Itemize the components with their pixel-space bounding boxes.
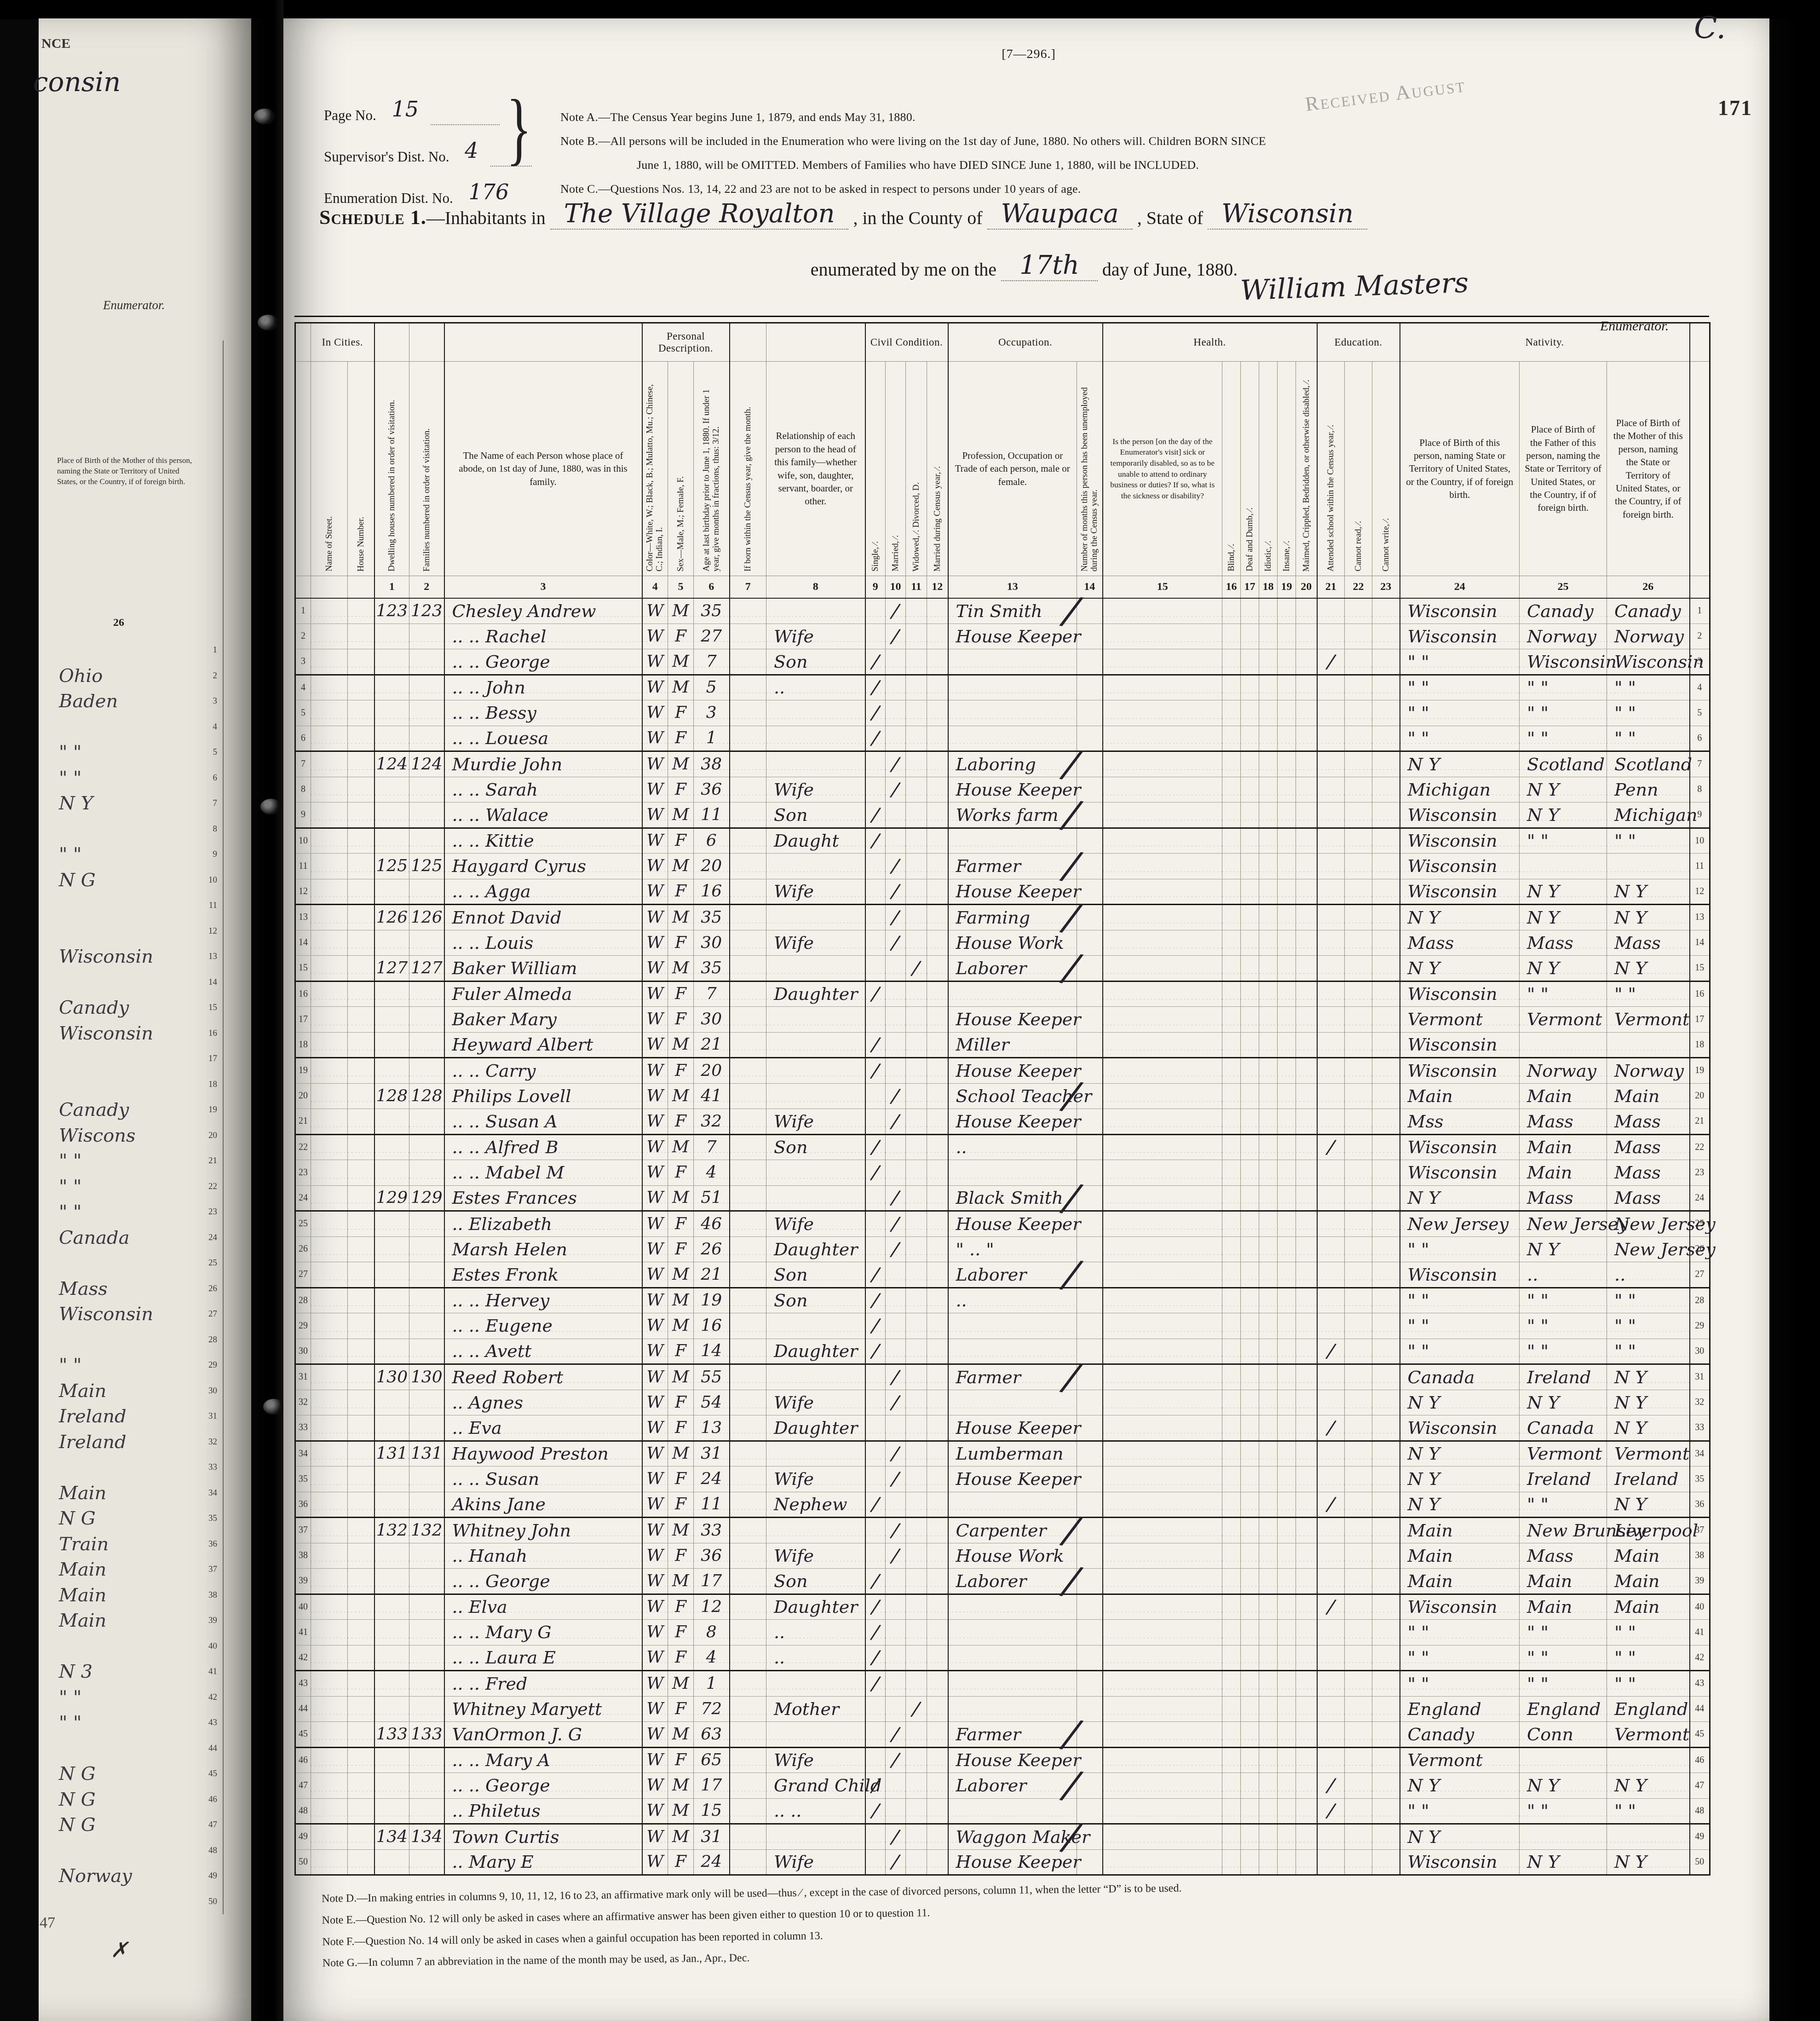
bleed-row-number: 50: [197, 1897, 217, 1907]
cell-c8: Son: [766, 1569, 865, 1594]
cell-c26: ..: [1607, 1262, 1690, 1288]
cell-c12: [927, 1083, 948, 1109]
bleed-row-number: 32: [197, 1437, 217, 1447]
cell-c8: Son: [766, 803, 865, 828]
cell-c9: [865, 1185, 886, 1211]
handwritten-entry: 27: [701, 625, 722, 648]
cell-c15: [1103, 726, 1222, 751]
cell-c24: Mss: [1400, 1109, 1520, 1135]
bleed-row-number: 21: [197, 1156, 217, 1166]
handwritten-entry: ∕: [871, 676, 880, 699]
cell-c21: ∕: [1317, 1798, 1345, 1824]
cell-c2: [409, 828, 444, 854]
handwritten-entry: F: [675, 1749, 686, 1772]
cell-c26: Vermont: [1607, 1441, 1690, 1467]
cell-c8: [766, 1671, 865, 1697]
cell-c5: M: [668, 1364, 694, 1390]
column-number: 6: [694, 576, 730, 598]
cell-c1: [374, 1849, 409, 1875]
handwritten-entry: 33: [701, 1519, 722, 1542]
cell-c26: Vermont: [1607, 1722, 1690, 1748]
cell-c26: N Y: [1607, 1492, 1690, 1518]
handwritten-entry: W: [646, 1519, 663, 1542]
cell-c19: [1278, 1569, 1296, 1594]
cell-c6: 15: [694, 1798, 730, 1824]
cell-c10: [886, 1262, 906, 1288]
handwritten-entry: W: [646, 1493, 663, 1516]
cell-c12: [927, 1594, 948, 1620]
cell-c6: 24: [694, 1467, 730, 1492]
cell-c3: .. Elizabeth: [444, 1211, 642, 1237]
handwritten-entry: .. .. Mabel M: [452, 1161, 564, 1184]
cell-c11: [906, 1313, 927, 1339]
cell-c26: Mass: [1607, 1160, 1690, 1186]
cell-c18: [1259, 1032, 1278, 1058]
cell-c9: [865, 1467, 886, 1492]
handwritten-entry: M: [672, 1825, 689, 1848]
handwritten-entry: 16: [701, 880, 722, 903]
cell-c15: [1103, 1032, 1222, 1058]
cell-c21: [1317, 1058, 1345, 1084]
cell-c2: [409, 981, 444, 1007]
cell-c13: [948, 700, 1077, 726]
column-header-c20: Maimed, Crippled, Bedridden, or otherwis…: [1296, 362, 1317, 576]
handwritten-entry: 31: [701, 1442, 722, 1465]
cell-c10: [886, 1058, 906, 1084]
handwritten-entry: 126: [376, 906, 408, 929]
cell-c11: [906, 1824, 927, 1850]
handwritten-entry: W: [646, 650, 663, 673]
cell-rnum: 2: [1690, 624, 1710, 649]
handwritten-entry: 124: [376, 753, 408, 776]
cell-c20: [1296, 1058, 1317, 1084]
handwritten-entry: VanOrmon J. G: [452, 1723, 582, 1746]
handwritten-entry: W: [646, 1799, 663, 1822]
handwritten-entry: Canada: [1408, 1366, 1475, 1389]
cell-c5: F: [668, 1747, 694, 1773]
cell-c5: M: [668, 1773, 694, 1799]
cell-c5: F: [668, 1160, 694, 1186]
cell-c24: N Y: [1400, 1390, 1520, 1415]
cell-rnum: 5: [1690, 700, 1710, 726]
cell-c14: [1077, 1211, 1103, 1237]
cell-c25: New Brunsey: [1520, 1518, 1607, 1543]
cell-c7: [730, 1696, 766, 1722]
cell-c25: New Jersey: [1520, 1211, 1607, 1237]
cell-c16: [1222, 1211, 1241, 1237]
cell-c24: New Jersey: [1400, 1211, 1520, 1237]
cell-c15: [1103, 1236, 1222, 1262]
cell-c15: [1103, 1364, 1222, 1390]
cell-c26: Norway: [1607, 1058, 1690, 1084]
bleed-word: N G: [59, 1789, 96, 1810]
cell-c6: 12: [694, 1594, 730, 1620]
handwritten-entry: ∕: [1065, 916, 1078, 918]
cell-c16: [1222, 1058, 1241, 1084]
cell-c11: [906, 1339, 927, 1364]
column-header-c25: Place of Birth of the Father of this per…: [1520, 362, 1607, 576]
handwritten-entry: Wisconsin: [1408, 1595, 1497, 1618]
cell-street: [311, 624, 348, 649]
column-header-c1: Dwelling houses numbered in order of vis…: [374, 362, 409, 576]
cell-c5: F: [668, 1594, 694, 1620]
table-row: 18Heyward AlbertWM21∕MillerWisconsin18: [295, 1032, 1710, 1058]
column-number: 7: [730, 576, 766, 598]
cell-c3: Chesley Andrew: [444, 598, 642, 624]
cell-c19: [1278, 624, 1296, 649]
vertical-label: Idiotic, ∕.: [1263, 539, 1273, 573]
cell-lnum: 36: [295, 1492, 311, 1518]
cell-c6: 14: [694, 1339, 730, 1364]
cell-street: [311, 1722, 348, 1748]
cell-c12: [927, 1390, 948, 1415]
handwritten-entry: F: [675, 1008, 686, 1031]
cell-c4: W: [642, 1594, 668, 1620]
cell-c9: [865, 930, 886, 956]
cell-c13: Laboring: [948, 751, 1077, 777]
cell-c11: [906, 1798, 927, 1824]
handwritten-entry: W: [646, 1850, 663, 1873]
cell-lnum: 38: [295, 1543, 311, 1569]
cell-c16: [1222, 1620, 1241, 1646]
handwritten-entry: Works farm: [956, 803, 1059, 826]
cell-c5: M: [668, 1569, 694, 1594]
cell-c16: [1222, 1390, 1241, 1415]
cell-c7: [730, 1645, 766, 1671]
cell-c24: Wisconsin: [1400, 1262, 1520, 1288]
cell-c24: Wisconsin: [1400, 828, 1520, 854]
cell-c9: ∕: [865, 1313, 886, 1339]
cell-c16: [1222, 1492, 1241, 1518]
handwritten-entry: W: [646, 1085, 663, 1108]
cell-c25: " ": [1520, 828, 1607, 854]
cell-c24: N Y: [1400, 1824, 1520, 1850]
handwritten-entry: .. Hanah: [452, 1544, 528, 1567]
bleed-row-number: 36: [197, 1539, 217, 1549]
cell-c10: ∕: [886, 1849, 906, 1875]
cell-c4: W: [642, 879, 668, 905]
table-row: 50.. Mary EWF24Wife∕House KeeperWisconsi…: [295, 1849, 1710, 1875]
state-value: Wisconsin: [1208, 199, 1367, 230]
cell-c1: [374, 1747, 409, 1773]
cell-rnum: 43: [1690, 1671, 1710, 1697]
cell-c8: Son: [766, 1134, 865, 1160]
cell-c3: Haywood Preston: [444, 1441, 642, 1467]
cell-c15: [1103, 1211, 1222, 1237]
handwritten-entry: Wife: [774, 625, 814, 648]
cell-c26: Penn: [1607, 777, 1690, 803]
table-row: 17Baker MaryWF30House KeeperVermontVermo…: [295, 1007, 1710, 1033]
cell-house: [348, 1441, 374, 1467]
cell-c8: ..: [766, 1620, 865, 1646]
handwritten-entry: .. .. Rachel: [452, 625, 547, 648]
cell-c8: [766, 1083, 865, 1109]
cell-c23: [1372, 1032, 1400, 1058]
bleed-word: Canady: [59, 1099, 129, 1120]
cell-c7: [730, 930, 766, 956]
bleed-word: Wisconsin: [59, 1023, 153, 1044]
column-header-c7: If born within the Census year, give the…: [730, 362, 766, 576]
handwritten-entry: ∕: [1065, 1376, 1078, 1378]
cell-c20: [1296, 777, 1317, 803]
column-number: 20: [1296, 576, 1317, 598]
cell-c6: 46: [694, 1211, 730, 1237]
cell-c5: F: [668, 1390, 694, 1415]
table-row: 23.. .. Mabel MWF4∕WisconsinMainMass23: [295, 1160, 1710, 1186]
bleed-row-number: 25: [197, 1258, 217, 1268]
cell-c16: [1222, 1467, 1241, 1492]
bleed-word: Wisconsin: [59, 946, 153, 967]
cell-c2: 128: [409, 1083, 444, 1109]
cell-c20: [1296, 1032, 1317, 1058]
cell-c22: [1345, 1441, 1372, 1467]
column-number: 24: [1400, 576, 1520, 598]
handwritten-entry: 16: [701, 1314, 722, 1337]
handwritten-entry: ∕: [891, 1825, 900, 1848]
cell-c19: [1278, 1058, 1296, 1084]
cell-c13: Tin Smith: [948, 598, 1077, 624]
cell-c19: [1278, 1849, 1296, 1875]
cell-c18: [1259, 1339, 1278, 1364]
cell-c18: [1259, 624, 1278, 649]
handwritten-entry: House Work: [956, 1544, 1064, 1567]
cell-c24: Main: [1400, 1543, 1520, 1569]
cell-c8: Grand Child: [766, 1773, 865, 1799]
handwritten-entry: F: [675, 1544, 686, 1567]
binding-post-icon: [254, 109, 275, 124]
cell-c4: W: [642, 1134, 668, 1160]
cell-lnum: 13: [295, 905, 311, 930]
cell-c4: W: [642, 854, 668, 879]
cell-c7: [730, 1671, 766, 1697]
handwritten-entry: ∕: [891, 778, 900, 801]
bleed-row-number: 10: [197, 875, 217, 885]
handwritten-entry: Mass: [1527, 1186, 1573, 1209]
column-header-c14: Number of months this person has been un…: [1077, 362, 1103, 576]
table-row: 46.. .. Mary AWF65Wife∕House KeeperVermo…: [295, 1747, 1710, 1773]
handwritten-entry: W: [646, 1314, 663, 1337]
cell-c15: [1103, 1543, 1222, 1569]
cell-c2: [409, 675, 444, 700]
cell-house: [348, 1620, 374, 1646]
cell-c22: [1345, 1594, 1372, 1620]
cell-c23: [1372, 1185, 1400, 1211]
cell-c8: [766, 598, 865, 624]
cell-c26: " ": [1607, 1645, 1690, 1671]
cell-rnum: 18: [1690, 1032, 1710, 1058]
handwritten-entry: F: [675, 1161, 686, 1184]
cell-c26: [1607, 1032, 1690, 1058]
table-row: 2.. .. RachelWF27Wife∕House KeeperWiscon…: [295, 624, 1710, 649]
cell-c20: [1296, 1518, 1317, 1543]
cell-c14: [1077, 1390, 1103, 1415]
cell-c26: Vermont: [1607, 1007, 1690, 1033]
cell-house: [348, 1492, 374, 1518]
handwritten-entry: ∕: [871, 982, 880, 1006]
cell-lnum: 1: [295, 598, 311, 624]
cell-c24: Vermont: [1400, 1007, 1520, 1033]
cell-c10: [886, 1339, 906, 1364]
handwritten-entry: F: [675, 1213, 686, 1236]
cell-c22: [1345, 1671, 1372, 1697]
cell-c4: W: [642, 1390, 668, 1415]
bleed-row-number: 46: [197, 1795, 217, 1805]
cell-c26: [1607, 1824, 1690, 1850]
handwritten-entry: Wisconsin: [1408, 1161, 1497, 1184]
handwritten-entry: F: [675, 1110, 686, 1133]
cell-c17: [1241, 905, 1259, 930]
handwritten-entry: Main: [1408, 1519, 1453, 1542]
cell-c3: Fuler Almeda: [444, 981, 642, 1007]
cell-c9: ∕: [865, 1569, 886, 1594]
cell-c8: [766, 1364, 865, 1390]
cell-c15: [1103, 828, 1222, 854]
cell-c10: ∕: [886, 1518, 906, 1543]
cell-rnum: 17: [1690, 1007, 1710, 1033]
cell-c13: [948, 1798, 1077, 1824]
cell-c4: W: [642, 1415, 668, 1441]
cell-c6: 17: [694, 1773, 730, 1799]
cell-c11: [906, 1236, 927, 1262]
handwritten-entry: Wisconsin: [1408, 982, 1497, 1005]
cell-c11: [906, 1262, 927, 1288]
cell-c18: [1259, 1798, 1278, 1824]
handwritten-entry: 63: [701, 1723, 722, 1746]
handwritten-entry: Wife: [774, 1544, 814, 1567]
cell-c20: [1296, 1109, 1317, 1135]
cell-c26: Mass: [1607, 930, 1690, 956]
cell-c23: [1372, 1594, 1400, 1620]
handwritten-entry: " ": [1408, 1621, 1429, 1644]
cell-c23: [1372, 751, 1400, 777]
cell-c9: [865, 1696, 886, 1722]
cell-c9: ∕: [865, 675, 886, 700]
cell-c8: Daughter: [766, 1594, 865, 1620]
cell-c26: Michigan: [1607, 803, 1690, 828]
cell-street: [311, 1620, 348, 1646]
cell-c13: House Work: [948, 930, 1077, 956]
column-number: 11: [906, 576, 927, 598]
cell-house: [348, 1007, 374, 1033]
cell-house: [348, 879, 374, 905]
table-row: 47.. .. GeorgeWM17Grand Child∕Laborer∕∕N…: [295, 1773, 1710, 1799]
cell-c3: .. Agnes: [444, 1390, 642, 1415]
cell-c10: [886, 803, 906, 828]
cell-c26: " ": [1607, 1620, 1690, 1646]
handwritten-entry: W: [646, 1672, 663, 1695]
cell-c22: [1345, 700, 1372, 726]
cell-c10: [886, 1594, 906, 1620]
handwritten-entry: Heyward Albert: [452, 1033, 593, 1056]
cell-c5: M: [668, 1134, 694, 1160]
handwritten-entry: N Y: [1408, 1774, 1440, 1797]
handwritten-entry: ∕: [891, 880, 900, 903]
cell-c8: Wife: [766, 879, 865, 905]
cell-c3: .. .. George: [444, 1569, 642, 1594]
cell-c5: F: [668, 1645, 694, 1671]
cell-c25: Main: [1520, 1134, 1607, 1160]
column-header-rnum: [1690, 362, 1710, 576]
page-stamp-number: 171: [1718, 96, 1752, 120]
cell-c25: Mass: [1520, 1543, 1607, 1569]
cell-c23: [1372, 1058, 1400, 1084]
handwritten-entry: Murdie John: [452, 753, 563, 776]
cell-c4: W: [642, 1262, 668, 1288]
cell-c11: [906, 981, 927, 1007]
cell-c9: [865, 905, 886, 930]
cell-c25: Ireland: [1520, 1364, 1607, 1390]
handwritten-entry: 15: [701, 1799, 722, 1822]
bleed-word: " ": [59, 768, 82, 789]
cell-c16: [1222, 1339, 1241, 1364]
cell-c6: 27: [694, 624, 730, 649]
cell-c9: ∕: [865, 1645, 886, 1671]
cell-c4: W: [642, 1696, 668, 1722]
handwritten-entry: .. .. Mary G: [452, 1621, 552, 1644]
cell-c2: [409, 1543, 444, 1569]
cell-house: [348, 624, 374, 649]
cell-c25: N Y: [1520, 1773, 1607, 1799]
handwritten-entry: " ": [1614, 701, 1636, 724]
handwritten-entry: Penn: [1614, 778, 1658, 801]
cell-c20: [1296, 1313, 1317, 1339]
cell-c13: Laborer: [948, 1773, 1077, 1799]
cell-c26: N Y: [1607, 956, 1690, 982]
cell-c6: 7: [694, 981, 730, 1007]
handwritten-entry: F: [675, 1595, 686, 1618]
cell-c6: 3: [694, 700, 730, 726]
cell-c24: N Y: [1400, 1185, 1520, 1211]
cell-c7: [730, 1083, 766, 1109]
cell-c12: [927, 1441, 948, 1467]
handwritten-entry: ∕: [891, 599, 900, 623]
cell-c26: " ": [1607, 675, 1690, 700]
group-header-occupation: Occupation.: [948, 323, 1103, 362]
column-number: 4: [642, 576, 668, 598]
cell-c3: .. .. Louesa: [444, 726, 642, 751]
cell-c24: N Y: [1400, 1467, 1520, 1492]
county-value: Waupaca: [987, 199, 1133, 230]
cell-c13: Carpenter: [948, 1518, 1077, 1543]
cell-c16: [1222, 1109, 1241, 1135]
cell-c22: [1345, 598, 1372, 624]
handwritten-entry: Main: [1408, 1085, 1453, 1108]
cell-c8: [766, 1824, 865, 1850]
cell-c25: N Y: [1520, 905, 1607, 930]
cell-c2: [409, 1492, 444, 1518]
note-a: Note A.—The Census Year begins June 1, 1…: [560, 110, 916, 124]
cell-c15: [1103, 1441, 1222, 1467]
table-row: 9.. .. WalaceWM11Son∕Works farm∕Wisconsi…: [295, 803, 1710, 828]
cell-c26: N Y: [1607, 1390, 1690, 1415]
handwritten-entry: ∕: [1326, 1493, 1335, 1516]
cell-c24: N Y: [1400, 1492, 1520, 1518]
cell-c17: [1241, 1262, 1259, 1288]
cell-c18: [1259, 1211, 1278, 1237]
column-number: 19: [1278, 576, 1296, 598]
cell-c21: [1317, 1083, 1345, 1109]
cell-c13: [948, 1160, 1077, 1186]
cell-c7: [730, 905, 766, 930]
cell-c25: Canada: [1520, 1415, 1607, 1441]
handwritten-entry: .. .. Fred: [452, 1672, 528, 1695]
handwritten-entry: Vermont: [1408, 1749, 1483, 1772]
cell-c13: House Keeper: [948, 879, 1077, 905]
handwritten-entry: F: [675, 982, 686, 1005]
cell-c25: " ": [1520, 726, 1607, 751]
handwritten-entry: N Y: [1527, 880, 1559, 903]
cell-c5: M: [668, 956, 694, 982]
